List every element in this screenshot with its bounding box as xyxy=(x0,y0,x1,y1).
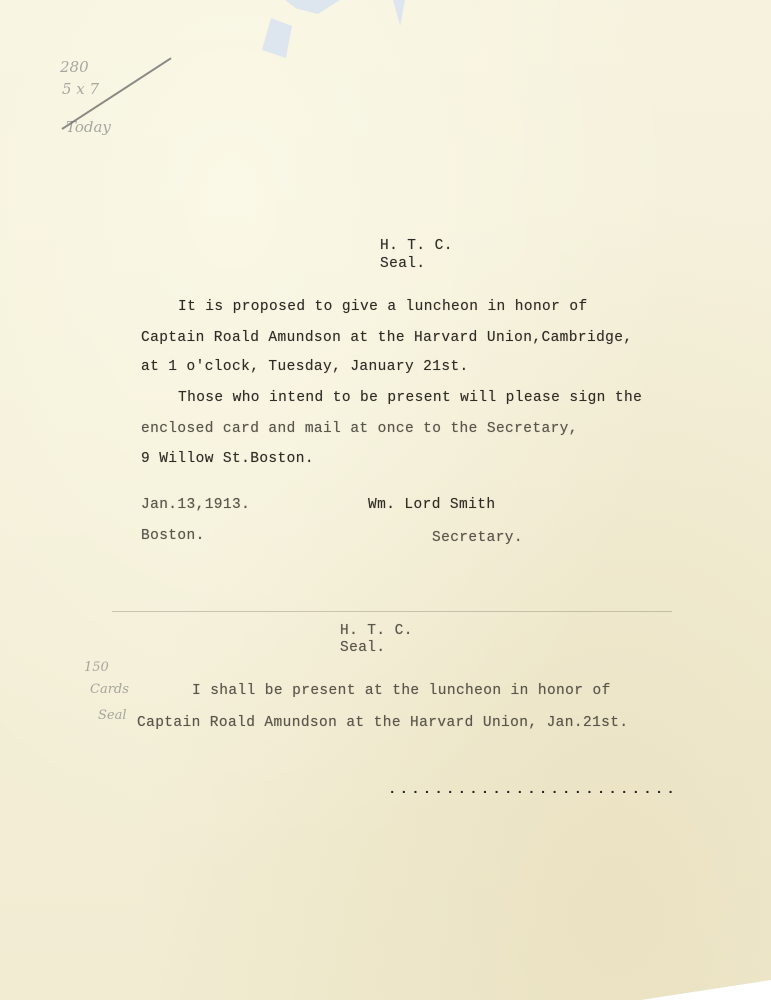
address-line: 9 Willow St.Boston. xyxy=(141,451,314,467)
signature-line: ......................... xyxy=(388,782,678,798)
date: Jan.13,1913. xyxy=(141,497,250,513)
reply-line: Captain Roald Amundson at the Harvard Un… xyxy=(137,715,628,731)
paragraph-line: Those who intend to be present will plea… xyxy=(178,390,642,406)
reply-line: I shall be present at the luncheon in ho… xyxy=(192,683,611,699)
header-seal: Seal. xyxy=(340,640,386,656)
paragraph-line: enclosed card and mail at once to the Se… xyxy=(141,421,578,437)
paragraph-line: Captain Roald Amundson at the Harvard Un… xyxy=(141,330,632,346)
header-seal: Seal. xyxy=(380,256,426,272)
pencil-note: 5 x 7 xyxy=(62,80,99,98)
pencil-note: 280 xyxy=(60,58,89,76)
signatory-name: Wm. Lord Smith xyxy=(368,497,495,513)
pencil-note: Seal xyxy=(98,708,127,723)
paragraph-line: at 1 o'clock, Tuesday, January 21st. xyxy=(141,359,469,375)
paragraph-line: It is proposed to give a luncheon in hon… xyxy=(178,299,588,315)
signatory-title: Secretary. xyxy=(432,530,523,546)
header-htc: H. T. C. xyxy=(340,623,413,639)
place: Boston. xyxy=(141,528,205,544)
header-htc: H. T. C. xyxy=(380,238,453,254)
pencil-note: Cards xyxy=(90,682,129,697)
pencil-note: 150 xyxy=(84,660,109,675)
card-separator-line xyxy=(112,611,672,612)
